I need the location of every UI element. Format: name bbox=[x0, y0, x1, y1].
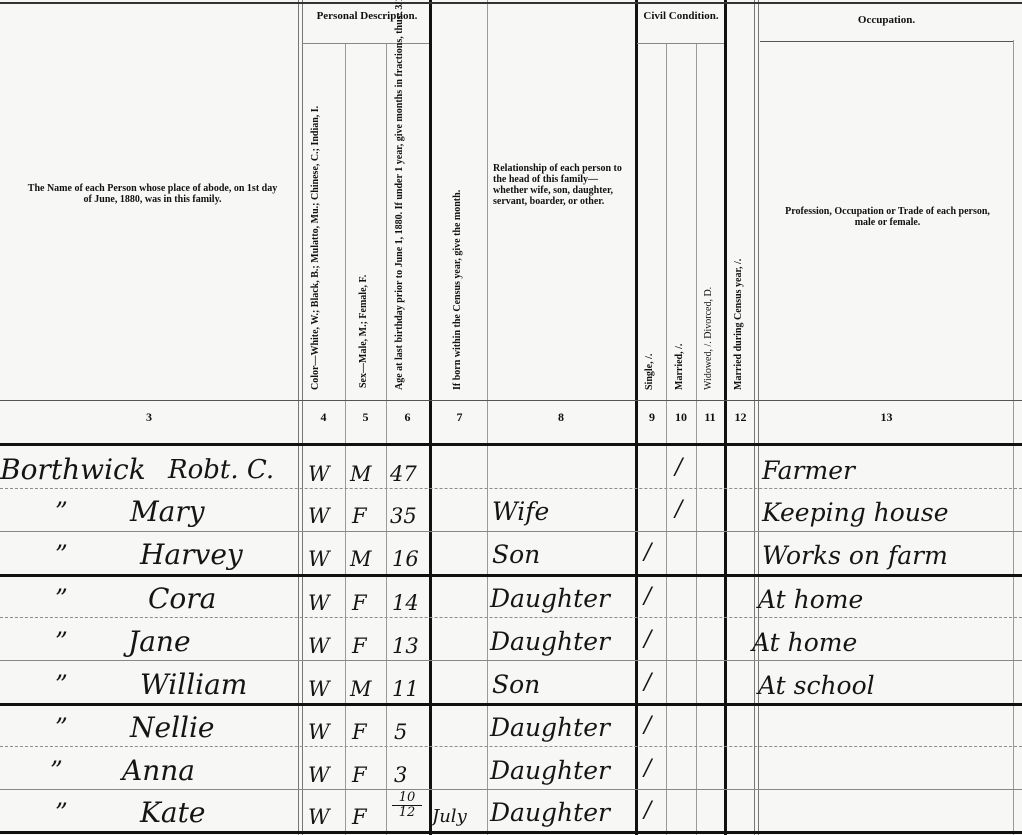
header-personal-description: Personal Description. bbox=[312, 10, 422, 22]
occupation-cell: Keeping house bbox=[762, 498, 949, 528]
color-cell: W bbox=[308, 631, 330, 661]
column-number: 5 bbox=[345, 410, 386, 425]
column-number: 8 bbox=[487, 410, 635, 425]
group-underline bbox=[302, 43, 429, 44]
column-number: 9 bbox=[638, 410, 666, 425]
row-divider bbox=[0, 831, 1022, 834]
column-number: 6 bbox=[386, 410, 429, 425]
relationship-cell: Daughter bbox=[490, 627, 610, 657]
surname-cell: ” bbox=[55, 670, 68, 700]
header-bottom bbox=[0, 400, 1022, 401]
header-age: Age at last birthday prior to June 1, 18… bbox=[394, 50, 422, 390]
col-divider bbox=[696, 43, 697, 835]
color-cell: W bbox=[308, 588, 330, 618]
header-profession: Profession, Occupation or Trade of each … bbox=[775, 206, 1000, 228]
relationship-cell: Daughter bbox=[490, 756, 610, 786]
given-name-cell: Anna bbox=[122, 756, 195, 786]
sex-cell: M bbox=[350, 544, 372, 574]
sex-cell: F bbox=[352, 501, 367, 531]
age-cell: 13 bbox=[392, 631, 419, 661]
col-divider bbox=[758, 0, 759, 835]
header-name: The Name of each Person whose place of a… bbox=[25, 183, 280, 205]
census-sheet: The Name of each Person whose place of a… bbox=[0, 0, 1022, 835]
given-name-cell: Nellie bbox=[130, 713, 215, 743]
sex-cell: F bbox=[352, 802, 367, 832]
row-divider bbox=[0, 617, 1022, 618]
single-mark: / bbox=[644, 713, 651, 738]
age-cell: 47 bbox=[390, 459, 417, 489]
relationship-cell: Daughter bbox=[490, 713, 610, 743]
header-widowed-divorced: Widowed, /. Divorced, D. bbox=[703, 200, 717, 390]
sex-cell: F bbox=[352, 760, 367, 790]
single-mark: / bbox=[644, 584, 651, 609]
sex-cell: M bbox=[350, 459, 372, 489]
single-mark: / bbox=[644, 670, 651, 695]
sex-cell: F bbox=[352, 631, 367, 661]
row-divider bbox=[0, 703, 1022, 706]
surname-cell: ” bbox=[55, 798, 68, 828]
age-fraction: 10 12 bbox=[390, 792, 424, 819]
surname-cell: ” bbox=[55, 713, 68, 743]
relationship-cell: Daughter bbox=[490, 584, 610, 614]
surname-cell: ” bbox=[55, 540, 68, 570]
row-divider bbox=[0, 660, 1022, 661]
age-cell: 14 bbox=[392, 588, 419, 618]
surname-cell: ” bbox=[50, 756, 63, 786]
numbers-bottom bbox=[0, 443, 1022, 446]
single-mark: / bbox=[644, 540, 651, 565]
age-cell: 5 bbox=[394, 717, 407, 747]
color-cell: W bbox=[308, 674, 330, 704]
col-divider bbox=[386, 43, 387, 835]
month-born-cell: July bbox=[432, 802, 467, 832]
col-divider bbox=[345, 43, 346, 835]
row-divider bbox=[0, 746, 1022, 747]
color-cell: W bbox=[308, 459, 330, 489]
occupation-cell: At home bbox=[752, 628, 857, 658]
surname-cell: ” bbox=[55, 584, 68, 614]
row-divider bbox=[0, 488, 1022, 489]
age-cell: 16 bbox=[392, 544, 419, 574]
col-divider bbox=[298, 0, 299, 835]
column-number: 7 bbox=[432, 410, 487, 425]
age-cell: 3 bbox=[394, 760, 407, 790]
given-name-cell: Kate bbox=[140, 798, 205, 828]
age-cell: 11 bbox=[392, 674, 419, 704]
sex-cell: F bbox=[352, 588, 367, 618]
color-cell: W bbox=[308, 501, 330, 531]
header-relationship: Relationship of each person to the head … bbox=[493, 163, 628, 207]
sex-cell: M bbox=[350, 674, 372, 704]
age-numerator: 10 bbox=[390, 792, 424, 804]
row-divider bbox=[0, 531, 1022, 532]
col-divider bbox=[666, 43, 667, 835]
row-divider bbox=[0, 574, 1022, 577]
occupation-cell: At home bbox=[758, 585, 863, 615]
col-divider bbox=[1013, 40, 1014, 835]
surname-cell: ” bbox=[55, 627, 68, 657]
married-mark: / bbox=[675, 455, 682, 480]
surname-cell: ” bbox=[55, 497, 68, 527]
header-married-census-year: Married during Census year, /. bbox=[733, 180, 747, 390]
column-number: 3 bbox=[0, 410, 298, 425]
header-occupation: Occupation. bbox=[760, 14, 1013, 26]
column-number: 11 bbox=[696, 410, 724, 425]
column-number: 10 bbox=[666, 410, 696, 425]
group-underline bbox=[760, 41, 1013, 42]
occupation-cell: Works on farm bbox=[762, 541, 948, 571]
given-name-cell: Robt. C. bbox=[168, 455, 274, 485]
surname-cell: Borthwick bbox=[0, 455, 146, 485]
given-name-cell: William bbox=[140, 670, 247, 700]
occupation-cell: Farmer bbox=[762, 456, 855, 486]
sex-cell: F bbox=[352, 717, 367, 747]
header-civil-condition: Civil Condition. bbox=[640, 10, 722, 22]
color-cell: W bbox=[308, 544, 330, 574]
occupation-cell: At school bbox=[758, 671, 875, 701]
header-sex: Sex—Male, M.; Female, F. bbox=[358, 228, 372, 388]
given-name-cell: Cora bbox=[148, 584, 216, 614]
header-month-born: If born within the Census year, give the… bbox=[452, 90, 466, 390]
color-cell: W bbox=[308, 760, 330, 790]
single-mark: / bbox=[644, 798, 651, 823]
color-cell: W bbox=[308, 717, 330, 747]
relationship-cell: Wife bbox=[492, 497, 549, 527]
married-mark: / bbox=[675, 497, 682, 522]
column-number: 4 bbox=[302, 410, 345, 425]
age-cell: 35 bbox=[390, 501, 417, 531]
header-married: Married, /. bbox=[674, 310, 688, 390]
age-denominator: 12 bbox=[390, 807, 424, 819]
column-number: 13 bbox=[760, 410, 1013, 425]
group-underline bbox=[637, 43, 724, 44]
color-cell: W bbox=[308, 802, 330, 832]
relationship-cell: Son bbox=[492, 670, 540, 700]
given-name-cell: Mary bbox=[130, 497, 205, 527]
col-divider bbox=[754, 0, 755, 835]
top-border bbox=[0, 2, 1022, 4]
given-name-cell: Harvey bbox=[140, 540, 243, 570]
relationship-cell: Son bbox=[492, 540, 540, 570]
given-name-cell: Jane bbox=[128, 627, 191, 657]
row-divider bbox=[0, 789, 1022, 790]
relationship-cell: Daughter bbox=[490, 798, 610, 828]
single-mark: / bbox=[644, 627, 651, 652]
header-single: Single, /. bbox=[644, 320, 658, 390]
column-number: 12 bbox=[727, 410, 754, 425]
single-mark: / bbox=[644, 756, 651, 781]
header-color: Color—White, W.; Black, B.; Mulatto, Mu.… bbox=[310, 50, 338, 390]
